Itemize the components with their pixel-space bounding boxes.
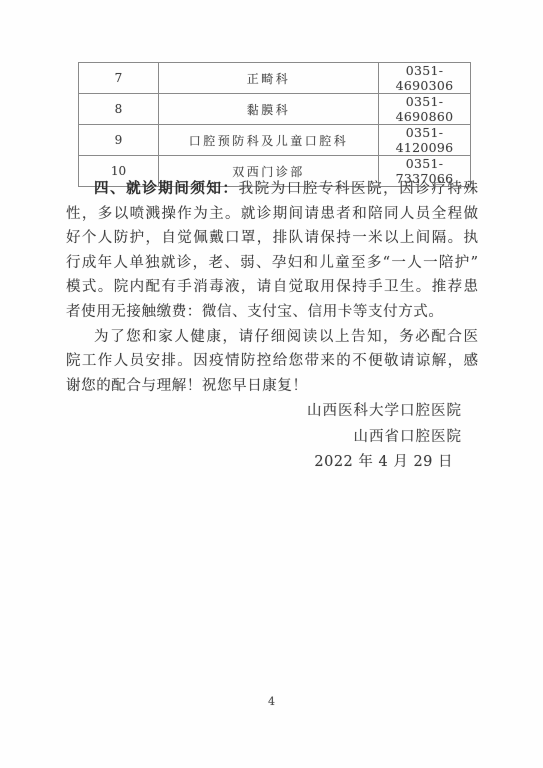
notice-line: 四、就诊期间须知：我院为口腔专科医院，因诊疗特殊 (66, 177, 478, 202)
table-row: 8 黏膜科 0351-4690860 (79, 94, 471, 125)
dept-number-cell: 9 (79, 125, 159, 156)
table-row: 9 口腔预防科及儿童口腔科 0351-4120096 (79, 125, 471, 156)
notice-line: 院工作人员安排。因疫情防控给您带来的不便敬请谅解，感 (66, 349, 478, 374)
notice-section: 四、就诊期间须知：我院为口腔专科医院，因诊疗特殊 性，多以喷溅操作为主。就诊期间… (66, 177, 478, 398)
page-number: 4 (0, 695, 543, 708)
notice-line: 性，多以喷溅操作为主。就诊期间请患者和陪同人员全程做 (66, 202, 478, 227)
notice-line: 者使用无接触缴费：微信、支付宝、信用卡等支付方式。 (66, 300, 478, 325)
department-phone-table: 7 正畸科 0351-4690306 8 黏膜科 0351-4690860 9 … (78, 62, 471, 187)
dept-phone-cell: 0351-4690306 (379, 63, 471, 94)
dept-phone-cell: 0351-4120096 (379, 125, 471, 156)
document-page: 7 正畸科 0351-4690306 8 黏膜科 0351-4690860 9 … (0, 0, 543, 768)
notice-line: 为了您和家人健康，请仔细阅读以上告知，务必配合医 (66, 325, 478, 350)
signature-block: 山西医科大学口腔医院 山西省口腔医院 2022 年 4 月 29 日 (307, 399, 462, 476)
dept-phone-cell: 0351-4690860 (379, 94, 471, 125)
table-row: 7 正畸科 0351-4690306 (79, 63, 471, 94)
dept-name-cell: 口腔预防科及儿童口腔科 (159, 125, 379, 156)
signature-org-secondary: 山西省口腔医院 (307, 425, 462, 451)
notice-line: 好个人防护，自觉佩戴口罩，排队请保持一米以上间隔。执 (66, 226, 478, 251)
signature-org-primary: 山西医科大学口腔医院 (307, 399, 462, 425)
dept-name-cell: 正畸科 (159, 63, 379, 94)
dept-name-cell: 黏膜科 (159, 94, 379, 125)
notice-line: 行成年人单独就诊，老、弱、孕妇和儿童至多“一人一陪护” (66, 251, 478, 276)
dept-number-cell: 8 (79, 94, 159, 125)
notice-line-text: 我院为口腔专科医院，因诊疗特殊 (239, 181, 478, 197)
notice-heading: 四、就诊期间须知： (94, 180, 239, 197)
notice-line: 模式。院内配有手消毒液，请自觉取用保持手卫生。推荐患 (66, 275, 478, 300)
dept-number-cell: 7 (79, 63, 159, 94)
notice-line: 谢您的配合与理解！祝您早日康复！ (66, 374, 478, 399)
signature-date: 2022 年 4 月 29 日 (307, 450, 462, 476)
